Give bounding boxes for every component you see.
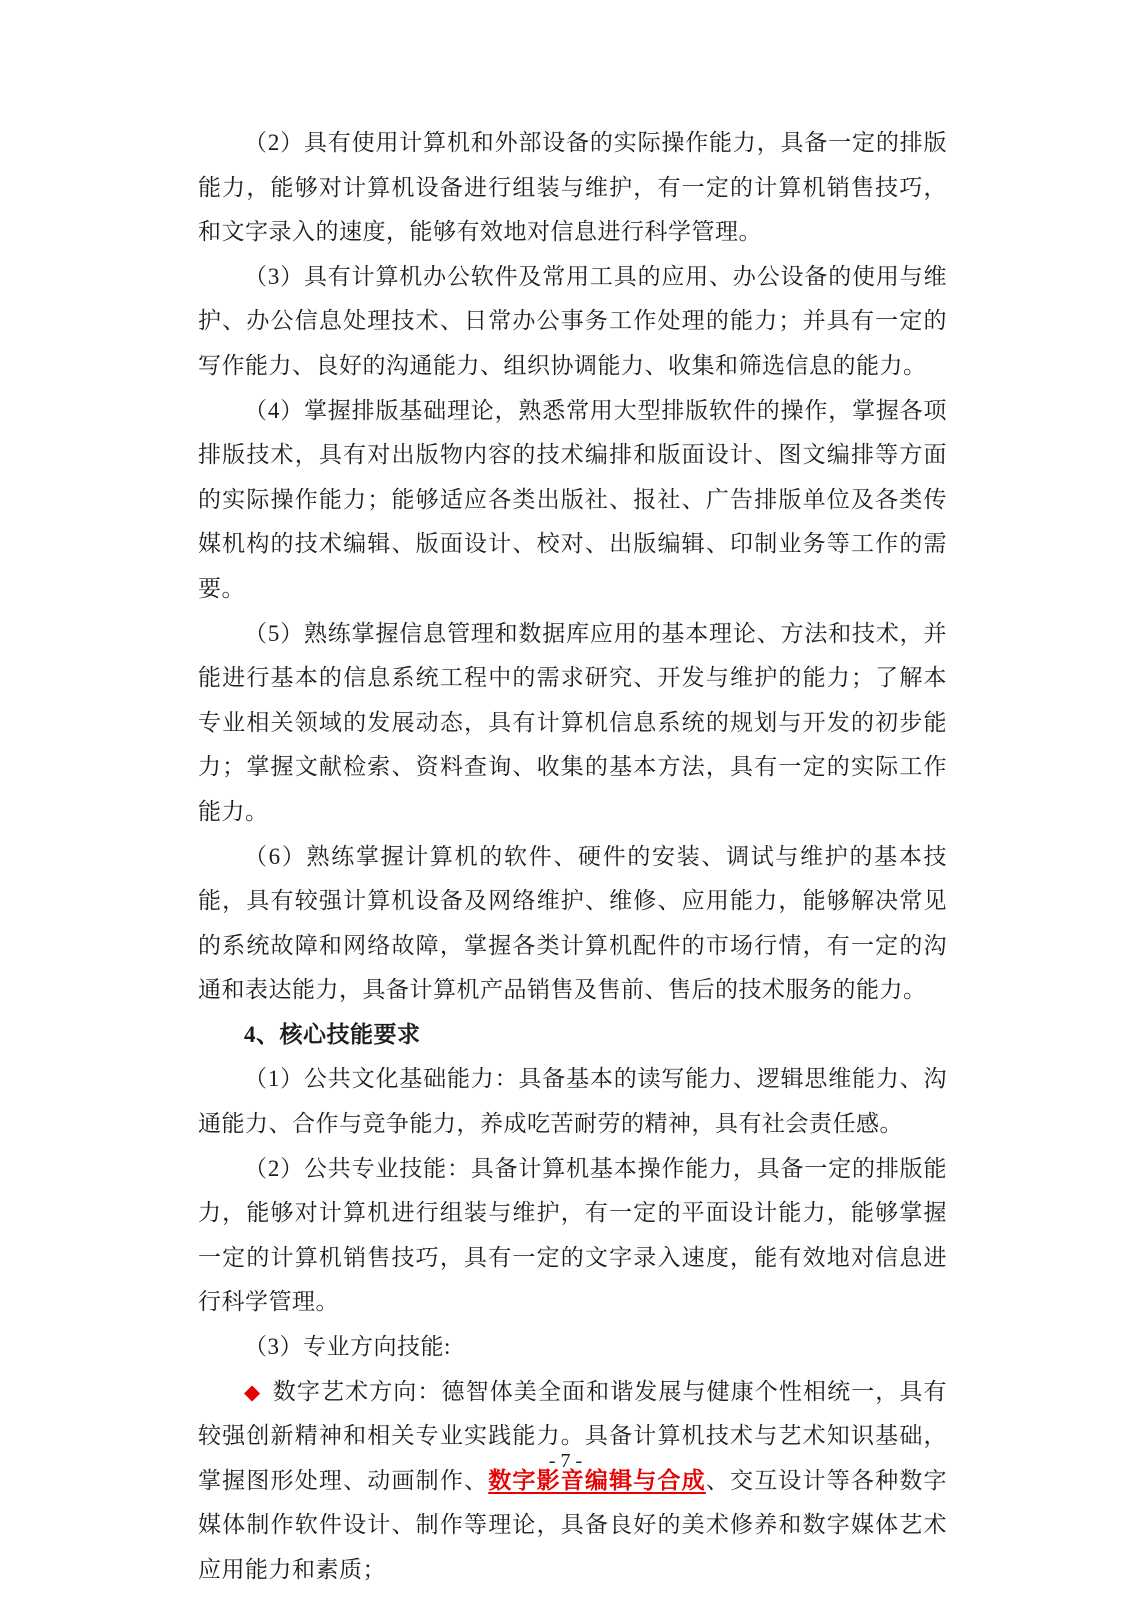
paragraph: （2）具有使用计算机和外部设备的实际操作能力，具备一定的排版能力，能够对计算机设… [198,121,947,255]
text-run: （3）具有计算机办公软件及常用工具的应用、办公设备的使用与维护、办公信息处理技术… [198,264,947,378]
section-heading: 4、核心技能要求 [198,1013,947,1058]
text-run: （4）掌握排版基础理论，熟悉常用大型排版软件的操作，掌握各项排版技术，具有对出版… [198,398,947,601]
page-number: - 7 - [0,1446,1131,1476]
paragraph: （6）熟练掌握计算机的软件、硬件的安装、调试与维护的基本技能，具有较强计算机设备… [198,835,947,1013]
text-run: （2）公共专业技能：具备计算机基本操作能力，具备一定的排版能力，能够对计算机进行… [198,1156,947,1315]
text-run: 4、核心技能要求 [244,1022,421,1047]
text-run: （5）熟练掌握信息管理和数据库应用的基本理论、方法和技术，并能进行基本的信息系统… [198,621,947,824]
text-run: （1）公共文化基础能力：具备基本的读写能力、逻辑思维能力、沟通能力、合作与竞争能… [198,1066,947,1136]
paragraph: （2）公共专业技能：具备计算机基本操作能力，具备一定的排版能力，能够对计算机进行… [198,1147,947,1325]
text-run: （6）熟练掌握计算机的软件、硬件的安装、调试与维护的基本技能，具有较强计算机设备… [198,844,947,1003]
text-run: （2）具有使用计算机和外部设备的实际操作能力，具备一定的排版能力，能够对计算机设… [198,130,947,244]
document-page: （2）具有使用计算机和外部设备的实际操作能力，具备一定的排版能力，能够对计算机设… [0,0,1131,1600]
paragraph: （5）熟练掌握信息管理和数据库应用的基本理论、方法和技术，并能进行基本的信息系统… [198,612,947,835]
paragraph: （1）公共文化基础能力：具备基本的读写能力、逻辑思维能力、沟通能力、合作与竞争能… [198,1057,947,1146]
bullet-paragraph: ◆数字艺术方向：德智体美全面和谐发展与健康个性相统一，具有较强创新精神和相关专业… [198,1370,947,1593]
paragraph: （4）掌握排版基础理论，熟悉常用大型排版软件的操作，掌握各项排版技术，具有对出版… [198,389,947,612]
text-run: （3）专业方向技能: [244,1334,451,1359]
paragraph: （3）专业方向技能: [198,1325,947,1370]
paragraph: （3）具有计算机办公软件及常用工具的应用、办公设备的使用与维护、办公信息处理技术… [198,255,947,389]
document-content: （2）具有使用计算机和外部设备的实际操作能力，具备一定的排版能力，能够对计算机设… [198,121,947,1593]
diamond-bullet-icon: ◆ [244,1380,273,1404]
